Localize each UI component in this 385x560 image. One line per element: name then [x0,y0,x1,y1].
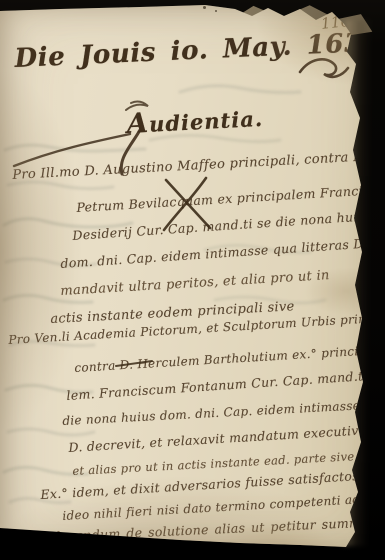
audientia-heading: Audientia. [126,101,264,140]
entry1-line5: mandavit ultra peritos, et alia pro ut i… [60,268,330,299]
entry1-line1: Pro Ill.mo D. Augustino Maffeo principal… [12,149,368,183]
ink-speck [215,10,217,12]
manuscript-page: 116 Die Jouis io. May. 1633. Audientia. … [0,0,385,560]
ink-speck [203,6,206,9]
date-heading: Die Jouis io. May. 1633. [14,27,385,74]
entry1-line4: dom. dni. Cap. eidem intimasse qua litte… [60,236,368,271]
manuscript-scan: 116 Die Jouis io. May. 1633. Audientia. … [0,0,385,560]
